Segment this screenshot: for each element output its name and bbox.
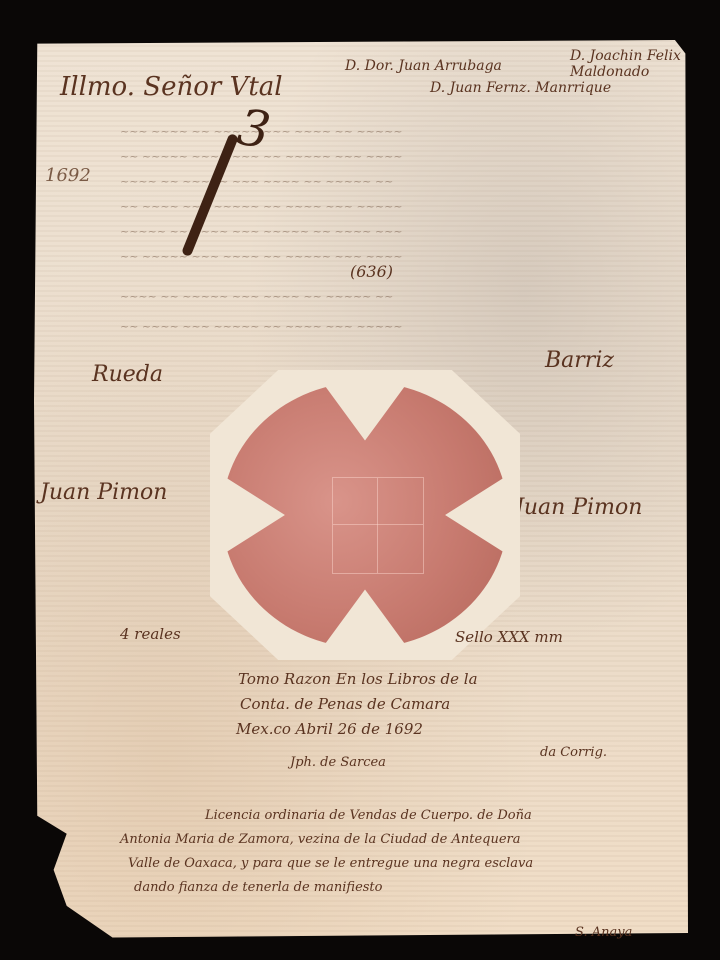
header-salutation: Illmo. Señor Vtal [60,72,283,102]
signature-left-2: Juan Pimon [40,480,167,505]
faint-text-line: ~~~~~ ~~ ~~~~ ~~~ ~~~~~ ~~ ~~~~ ~~~ [120,225,403,238]
notation-line-1: Tomo Razon En los Libros de la [238,670,478,688]
signature-top-2: D. Juan Fernz. Manrrique [430,80,611,96]
correction-note: da Corrig. [540,745,607,760]
faint-text-line: ~~~~ ~~ ~~~~~ ~~~ ~~~~ ~~ ~~~~~ ~~ [120,290,393,303]
body-line-3: Valle de Oaxaca, y para que se le entreg… [128,856,533,871]
wax-seal [210,370,520,660]
seal-value-left: 4 reales [120,625,181,643]
signature-top-3: D. Joachin Felix Maldonado [570,48,700,80]
faint-text-line: ~~ ~~~~ ~~~ ~~~~~ ~~ ~~~~ ~~~ ~~~~~ [120,320,403,333]
signature-right-2: Juan Pimon [515,495,642,520]
body-line-1: Licencia ordinaria de Vendas de Cuerpo. … [205,808,532,823]
year-note: 1692 [45,165,91,186]
faint-text-line: ~~ ~~~~ ~~~ ~~~~~ ~~ ~~~~ ~~~ ~~~~~ [120,200,403,213]
seal-value-right: Sello XXX mm [455,628,563,646]
bottom-right-signature: S. Anaya [575,925,632,940]
folio-number: (636) [350,262,393,281]
signature-left-1: Rueda [92,362,163,387]
registrar-signature: Jph. de Sarcea [290,755,386,770]
faint-text-line: ~~~~ ~~ ~~~~~ ~~~ ~~~~ ~~ ~~~~~ ~~ [120,175,393,188]
body-line-4: dando fianza de tenerla de manifiesto [134,880,382,895]
signature-top-1: D. Dor. Juan Arrubaga [345,58,502,74]
notation-line-3: Mex.co Abril 26 de 1692 [236,720,423,738]
royal-crest-icon [332,477,424,574]
signature-right-1: Barriz [545,348,614,373]
notation-line-2: Conta. de Penas de Camara [240,695,450,713]
body-line-2: Antonia Maria de Zamora, vezina de la Ci… [120,832,521,847]
